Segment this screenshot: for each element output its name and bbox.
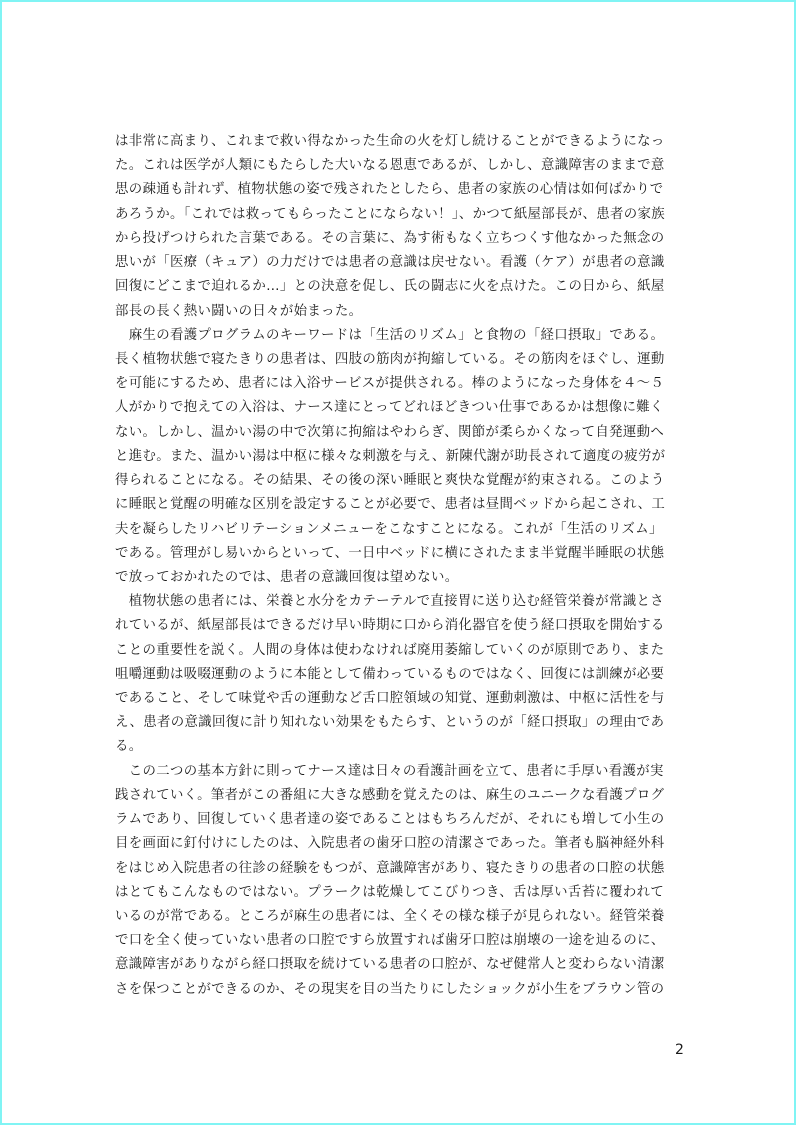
text-line: に睡眠と覚醒の明確な区別を設定することが必要で、患者は昼間ベッドから起こされ、工 (115, 493, 685, 517)
paragraph-start-line: 麻生の看護プログラムのキーワードは「生活のリズム」と食物の「経口摂取」である。 (115, 324, 685, 348)
text-line: 思の疎通も計れず、植物状態の姿で残されたとしたら、患者の家族の心情は如何ばかりで (115, 178, 685, 202)
text-line: で放っておかれたのでは、患者の意識回復は望めない。 (115, 566, 685, 590)
text-line: で口を全く使っていない患者の口腔ですら放置すれば歯牙口腔は崩壊の一途を辿るのに、 (115, 929, 685, 953)
text-line: ラムであり、回復していく患者達の姿であることはもちろんだが、それにも増して小生の (115, 808, 685, 832)
text-line: から投げつけられた言葉である。その言葉に、為す術もなく立ちつくす他なかった無念の (115, 227, 685, 251)
text-line: さを保つことができるのか、その現実を目の当たりにしたショックが小生をブラウン管の (115, 978, 685, 1002)
text-line: 夫を凝らしたリハビリテーションメニューをこなすことになる。これが「生活のリズム」 (115, 518, 685, 542)
paragraph-start-line: 植物状態の患者には、栄養と水分をカテーテルで直接胃に送り込む経管栄養が常識とさ (115, 590, 685, 614)
text-line: はとてもこんなものではない。プラークは乾燥してこびりつき、舌は厚い舌苔に覆われて (115, 881, 685, 905)
text-line: 回復にどこまで迫れるか…」との決意を促し、氏の闘志に火を点けた。この日から、紙屋 (115, 275, 685, 299)
text-line: 部長の長く熱い闘いの日々が始まった。 (115, 300, 685, 324)
text-line: いるのが常である。ところが麻生の患者には、全くその様な様子が見られない。経管栄養 (115, 905, 685, 929)
text-line: 得られることになる。その結果、その後の深い睡眠と爽快な覚醒が約束される。このよう (115, 469, 685, 493)
text-line: 思いが「医療（キュア）の力だけでは患者の意識は戻せない。看護（ケア）が患者の意識 (115, 251, 685, 275)
text-line: 践されていく。筆者がこの番組に大きな感動を覚えたのは、麻生のユニークな看護プログ (115, 784, 685, 808)
paragraph-start-line: この二つの基本方針に則ってナース達は日々の看護計画を立て、患者に手厚い看護が実 (115, 760, 685, 784)
text-line: は非常に高まり、これまで救い得なかった生命の火を灯し続けることができるようになっ (115, 130, 685, 154)
text-line: え、患者の意識回復に計り知れない効果をもたらす、というのが「経口摂取」の理由であ (115, 711, 685, 735)
text-line: を可能にするため、患者には入浴サービスが提供される。棒のようになった身体を４〜５ (115, 372, 685, 396)
text-line: であること、そして味覚や舌の運動など舌口腔領域の知覚、運動刺激は、中枢に活性を与 (115, 687, 685, 711)
text-line: る。 (115, 735, 685, 759)
text-line: 意識障害がありながら経口摂取を続けている患者の口腔が、なぜ健常人と変わらない清潔 (115, 953, 685, 977)
text-line: 咀嚼運動は吸啜運動のように本能として備わっているものではなく、回復には訓練が必要 (115, 663, 685, 687)
page-number: 2 (675, 1042, 684, 1058)
text-line: ことの重要性を説く。人間の身体は使わなければ廃用萎縮していくのが原則であり、また (115, 639, 685, 663)
text-line: あろうか。「これでは救ってもらったことにならない！」、かつて紙屋部長が、患者の家… (115, 203, 685, 227)
text-line: れているが、紙屋部長はできるだけ早い時期に口から消化器官を使う経口摂取を開始する (115, 614, 685, 638)
text-line: 目を画面に釘付けにしたのは、入院患者の歯牙口腔の清潔さであった。筆者も脳神経外科 (115, 832, 685, 856)
text-line: た。これは医学が人類にもたらした大いなる恩恵であるが、しかし、意識障害のままで意 (115, 154, 685, 178)
document-page: は非常に高まり、これまで救い得なかった生命の火を灯し続けることができるようになっ… (0, 0, 796, 1125)
body-text: は非常に高まり、これまで救い得なかった生命の火を灯し続けることができるようになっ… (115, 130, 685, 1002)
text-line: ない。しかし、温かい湯の中で次第に拘縮はやわらぎ、関節が柔らかくなって自発運動へ (115, 421, 685, 445)
text-line: をはじめ入院患者の往診の経験をもつが、意識障害があり、寝たきりの患者の口腔の状態 (115, 857, 685, 881)
text-line: 人がかりで抱えての入浴は、ナース達にとってどれほどきつい仕事であるかは想像に難く (115, 396, 685, 420)
text-line: である。管理がし易いからといって、一日中ベッドに横にされたまま半覚醒半睡眠の状態 (115, 542, 685, 566)
text-line: 長く植物状態で寝たきりの患者は、四肢の筋肉が拘縮している。その筋肉をほぐし、運動 (115, 348, 685, 372)
text-line: と進む。また、温かい湯は中枢に様々な刺激を与え、新陳代謝が助長されて適度の疲労が (115, 445, 685, 469)
